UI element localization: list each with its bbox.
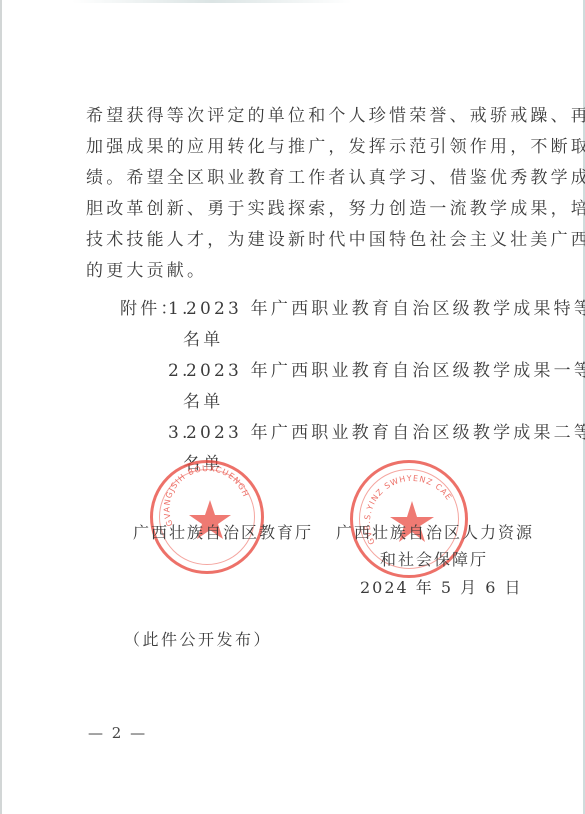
attachment-2-title-cont: 名单 [183, 392, 223, 412]
signer-education-department: 广西壮族自治区教育厅 [133, 520, 313, 543]
attachment-3-title: 2023 年广西职业教育自治区级教学成果二等等次 [186, 423, 585, 443]
publication-notice: （此件公开发布） [124, 627, 272, 650]
signer-hr-department-line1: 广西壮族自治区人力资源 [336, 520, 534, 543]
signer-hr-department-line2: 和社会保障厅 [380, 547, 488, 570]
body-line-5: 技术技能人才，为建设新时代中国特色社会主义壮美广西作出新 [86, 230, 585, 250]
education-department-seal: GVANGJSIH BOUXCUENGH SWCIGIH YUZDINGH [150, 460, 264, 574]
document-date: 2024 年 5 月 6 日 [360, 575, 523, 598]
attachment-1-title: 2023 年广西职业教育自治区级教学成果特等等次 [186, 299, 585, 319]
attachment-1-title-cont: 名单 [183, 330, 223, 350]
scan-shade [72, 0, 352, 3]
attachment-2-title: 2023 年广西职业教育自治区级教学成果一等等次 [186, 361, 585, 381]
body-line-2: 加强成果的应用转化与推广，发挥示范引领作用，不断取得新成 [86, 137, 585, 157]
body-line-6: 的更大贡献。 [86, 261, 207, 281]
body-line-1: 希望获得等次评定的单位和个人珍惜荣誉、戒骄戒躁、再接再厉， [86, 106, 585, 126]
page-number: — 2 — [88, 724, 147, 742]
document-page: 希望获得等次评定的单位和个人珍惜荣誉、戒骄戒躁、再接再厉， 加强成果的应用转化与… [0, 0, 585, 814]
body-line-4: 胆改革创新、勇于实践探索，努力创造一流教学成果，培养一流 [86, 199, 585, 219]
body-line-3: 绩。希望全区职业教育工作者认真学习、借鉴优秀教学成果，大 [86, 168, 585, 188]
